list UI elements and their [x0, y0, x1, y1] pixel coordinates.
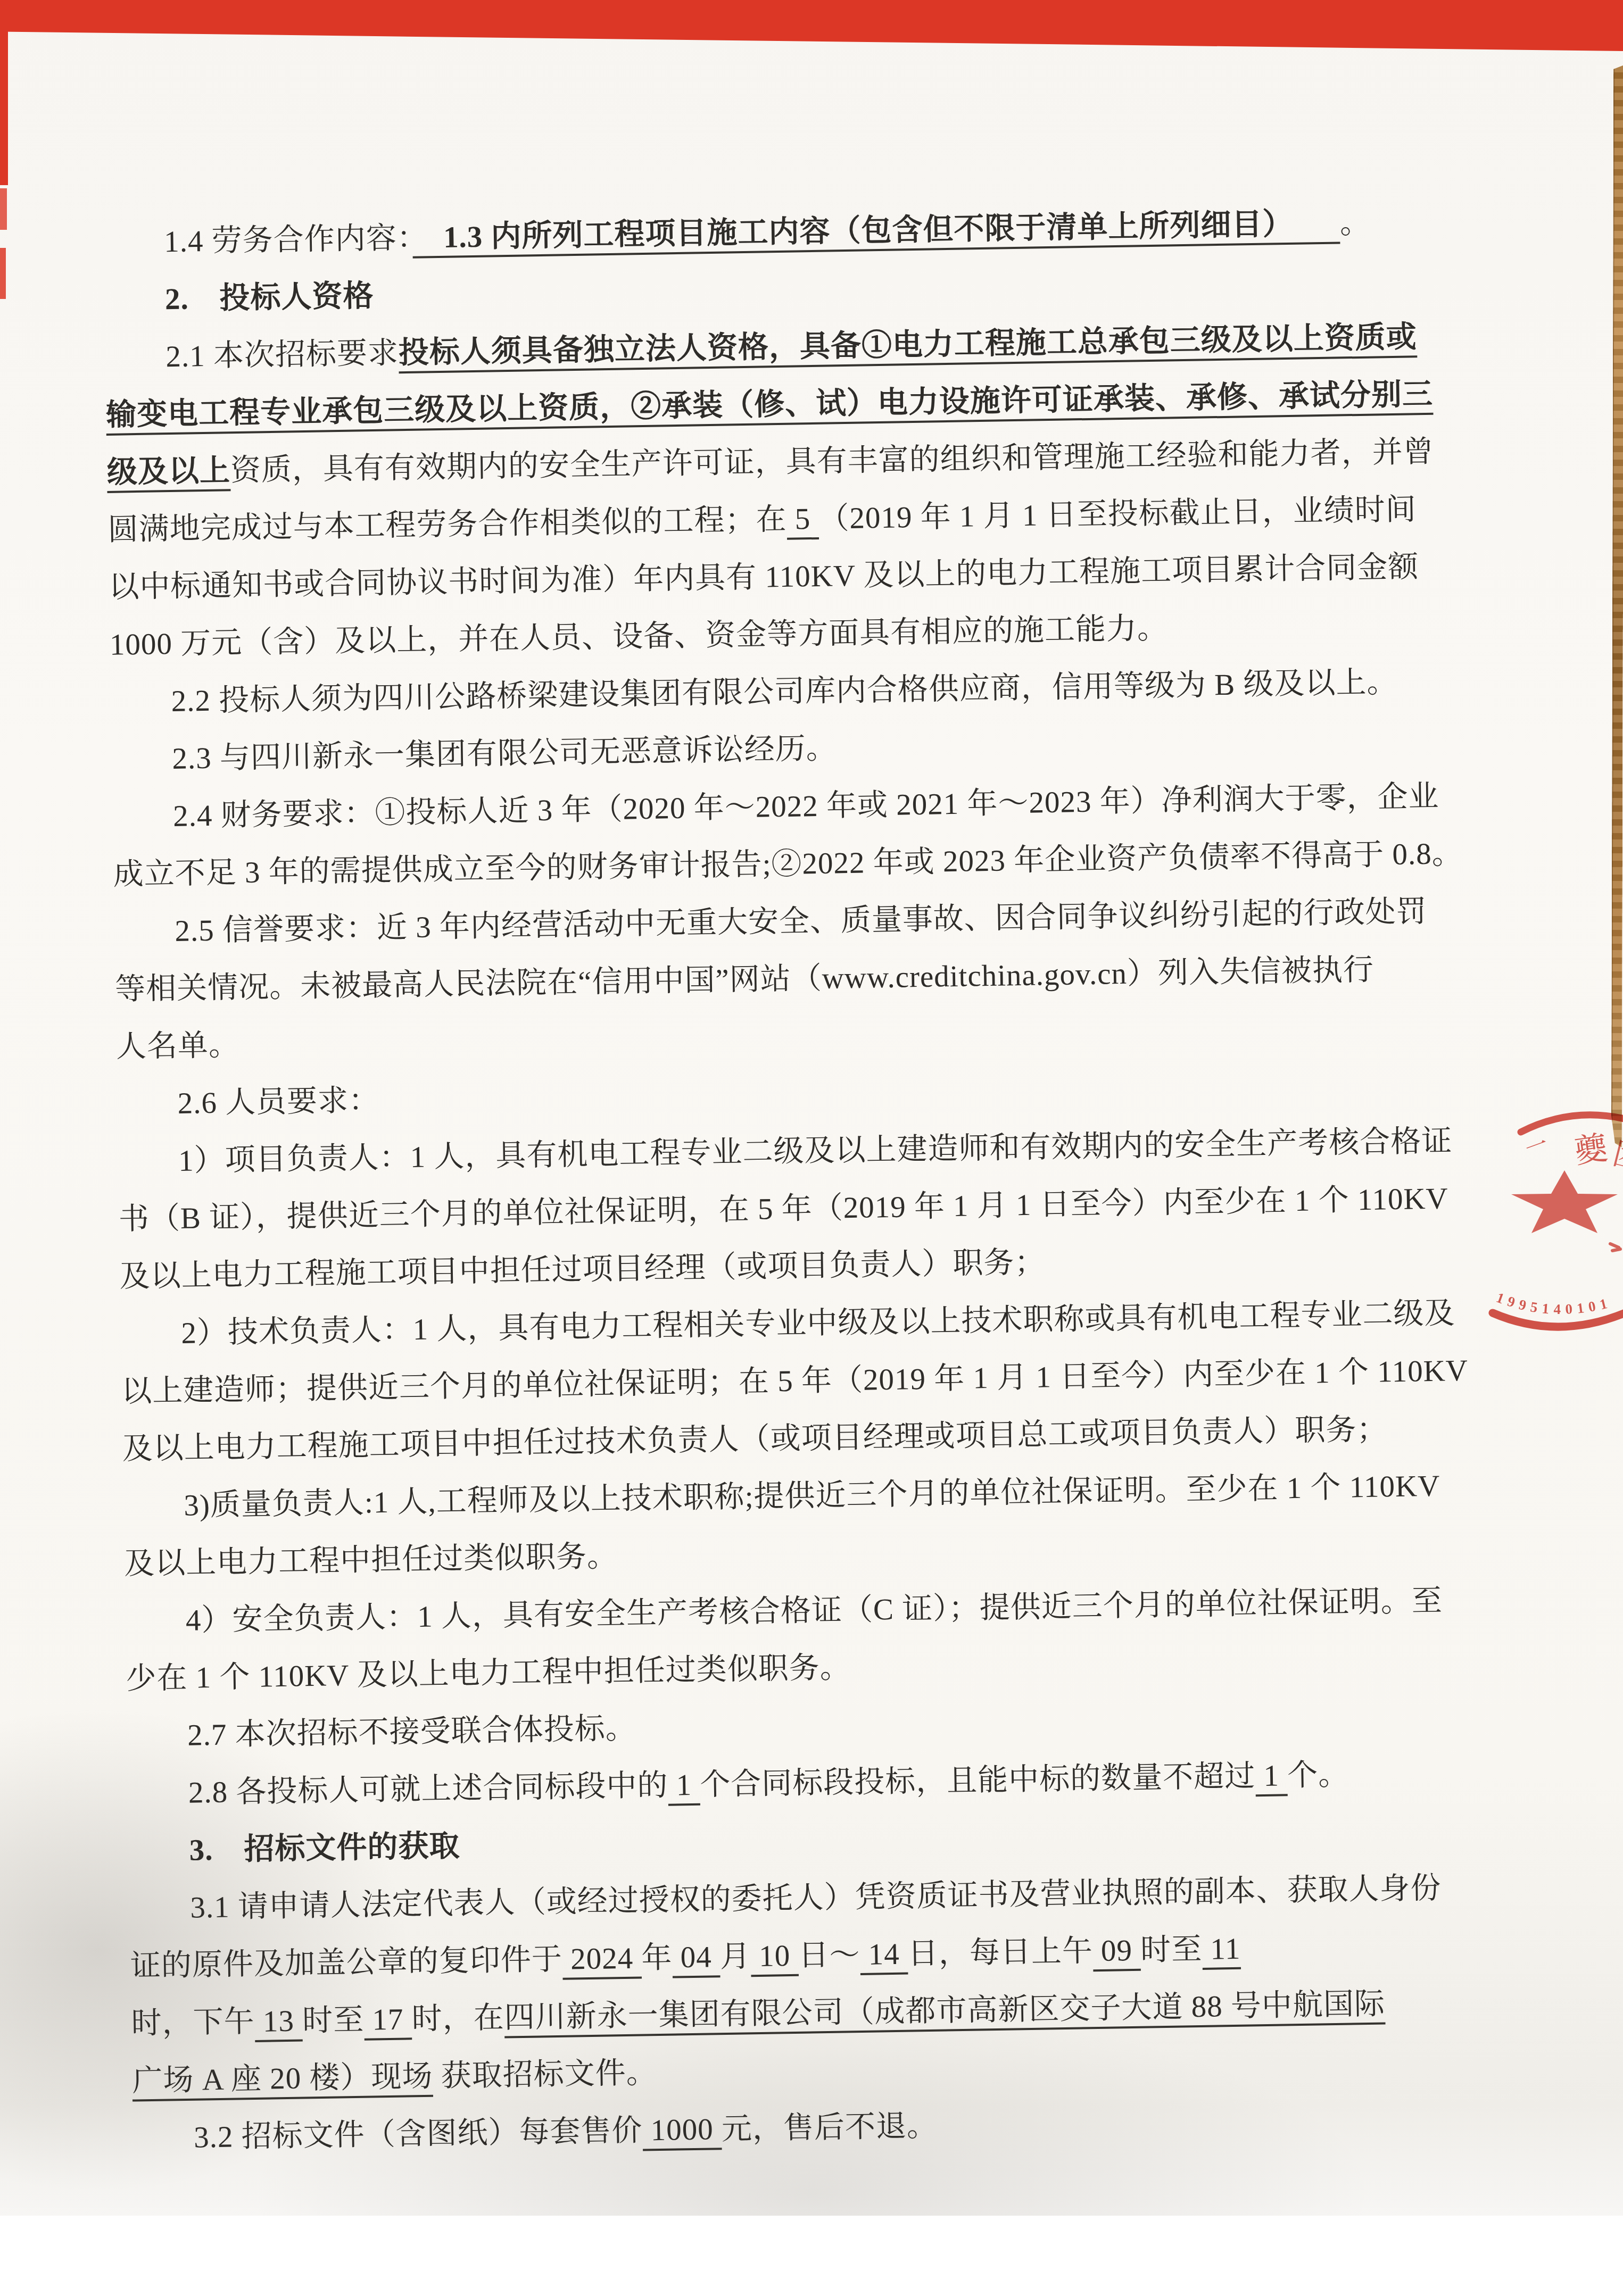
text-segment: 少在 1 个 110KV 及以上电力工程中担任过类似职务。 [126, 1651, 851, 1695]
text-segment: 时，在 [411, 2001, 504, 2036]
text-segment: 1000 [642, 2112, 722, 2147]
text-segment: 1 [668, 1768, 700, 1802]
text-segment: 13 [254, 2004, 302, 2038]
scanner-backdrop-left-fragment [0, 188, 7, 230]
seal-serial-number: 1995140101 [1494, 1290, 1613, 1317]
text-segment: 3. 招标文件的获取 [189, 1829, 460, 1867]
text-segment: 元，售后不退。 [722, 2109, 938, 2146]
text-segment: 级及以上 [106, 454, 230, 489]
text-segment: 及以上电力工程施工项目中担任过技术负责人（或项目经理或项目总工或项目负责人）职务… [122, 1412, 1388, 1466]
seal-ink-speck [1610, 1244, 1620, 1251]
text-segment: 以中标通知书或合同协议书时间为准）年内具有 110KV 及以上的电力工程施工项目… [109, 550, 1419, 604]
text-segment: 时至 [1140, 1933, 1203, 1967]
text-segment: 及以上电力工程施工项目中担任过项目经理（或项目负责人）职务； [119, 1245, 1046, 1293]
text-segment: 3)质量负责人:1 人,工程师及以上技术职称;提供近三个月的单位社保证明。至少在… [184, 1469, 1440, 1523]
seal-star-icon [1511, 1170, 1618, 1233]
text-segment: 1）项目负责人：1 人，具有机电工程专业二级及以上建造师和有效期内的安全生产考核… [178, 1124, 1453, 1178]
text-segment: 11 [1202, 1932, 1241, 1966]
text-segment: 5 [786, 502, 819, 536]
text-segment: 获取招标文件。 [433, 2056, 657, 2093]
text-segment: 证的原件及加盖公章的复印件于 [130, 1943, 563, 1983]
text-segment: 3.1 请申请人法定代表人（或经过授权的委托人）凭资质证书及营业执照的副本、获取… [190, 1871, 1442, 1925]
text-segment: 时至 [302, 2003, 365, 2038]
text-segment: 1 [1255, 1759, 1288, 1793]
text-segment: 2.1 本次招标要求 [165, 336, 399, 373]
text-segment: 1.3 内所列工程项目施工内容（包含但不限于清单上所列细目） [412, 206, 1340, 254]
text-segment: 2）技术负责人：1 人，具有电力工程相关专业中级及以上技术职称或具有机电工程专业… [181, 1296, 1455, 1350]
text-segment: 个。 [1287, 1758, 1349, 1793]
document-body-text: 1.4 劳务合作内容： 1.3 内所列工程项目施工内容（包含但不限于清单上所列细… [103, 192, 1538, 2167]
text-segment: 2.4 财务要求：①投标人近 3 年（2020 年～2022 年或 2021 年… [173, 780, 1439, 833]
text-segment: 17 [364, 2002, 412, 2036]
text-segment: 日～ [798, 1938, 860, 1973]
document-lines: 1.4 劳务合作内容： 1.3 内所列工程项目施工内容（包含但不限于清单上所列细… [103, 192, 1538, 2167]
text-segment: 输变电工程专业承包三级及以上资质，②承装（修、试）电力设施许可证承装、承修、承试… [106, 378, 1434, 432]
text-segment: 时，下午 [131, 2005, 255, 2041]
scanned-tender-document: { "document": { "kind": "scanned tender … [0, 0, 1623, 2296]
text-segment: 年 [641, 1941, 673, 1975]
text-segment: 1.4 劳务合作内容： [164, 221, 413, 259]
text-segment: 14 [860, 1937, 908, 1971]
text-segment: 3.2 招标文件（含图纸）每套售价 [194, 2114, 643, 2154]
text-segment: 等相关情况。未被最高人民法院在“信用中国”网站（www.creditchina.… [115, 953, 1374, 1006]
text-segment: 04 [672, 1940, 720, 1974]
seal-character: 一 [1522, 1132, 1552, 1162]
scanner-backdrop-left-fragment [0, 248, 6, 299]
text-segment: 投标人须具备独立法人资格，具备①电力工程施工总承包三级及以上资质或 [398, 320, 1417, 370]
text-segment: 1000 万元（含）及以上，并在人员、设备、资金等方面具有相应的施工能力。 [110, 612, 1169, 662]
text-segment: 2.6 人员要求： [177, 1084, 379, 1120]
text-segment: 圆满地完成过与本工程劳务合作相类似的工程；在 [107, 503, 787, 547]
text-segment: 4）安全负责人：1 人，具有安全生产考核合格证（C 证）；提供近三个月的单位社保… [185, 1584, 1443, 1637]
text-segment: 2.3 与四川新永一集团有限公司无恶意诉讼经历。 [172, 731, 837, 776]
text-segment: 及以上电力工程中担任过类似职务。 [124, 1540, 618, 1581]
text-segment: 广场 A 座 20 楼）现场 [132, 2060, 433, 2098]
text-segment: 资质，具有有效期内的安全生产许可证，具有丰富的组织和管理施工经验和能力者，并曾 [230, 435, 1434, 488]
text-segment: 书（B 证），提供近三个月的单位社保证明，在 5 年（2019 年 1 月 1 … [119, 1182, 1449, 1236]
text-segment: 2. 投标人资格 [164, 279, 374, 316]
company-seal-stamp: 一 夔 团 1995140101 [1463, 1091, 1623, 1357]
text-segment: 个合同标段投标，且能中标的数量不超过 [700, 1759, 1256, 1801]
text-segment: 2.7 本次招标不接受联合体投标。 [187, 1712, 636, 1752]
text-segment: 四川新永一集团有限公司（成都市高新区交子大道 88 号中航国际 [504, 1987, 1385, 2035]
text-segment: （2019 年 1 月 1 日至投标截止日，业绩时间 [818, 493, 1417, 536]
text-segment: 2024 [562, 1941, 641, 1976]
text-segment: 2.8 各投标人可就上述合同标段中的 [188, 1769, 668, 1810]
text-segment: 2.2 投标人须为四川公路桥梁建设集团有限公司库内合格供应商，信用等级为 B 级… [171, 665, 1398, 718]
text-segment: 日，每日上午 [907, 1934, 1093, 1970]
text-segment: 月 [719, 1940, 751, 1974]
text-segment: 以上建造师；提供近三个月的单位社保证明；在 5 年（2019 年 1 月 1 日… [121, 1354, 1469, 1409]
text-segment: 2.5 信誉要求：近 3 年内经营活动中无重大安全、质量事故、因合同争议纠纷引起… [175, 895, 1427, 948]
text-segment: 。 [1339, 206, 1371, 240]
text-segment: 10 [750, 1939, 798, 1973]
text-segment: 09 [1092, 1934, 1140, 1968]
seal-character: 夔 [1572, 1130, 1611, 1170]
seal-ring-top-arc [1521, 1115, 1623, 1132]
text-segment: 成立不足 3 年的需提供成立至今的财务审计报告;②2022 年或 2023 年企… [113, 837, 1463, 892]
text-segment: 人名单。 [115, 1028, 239, 1064]
scanner-backdrop-left [0, 30, 8, 185]
seal-character: 团 [1609, 1136, 1623, 1177]
